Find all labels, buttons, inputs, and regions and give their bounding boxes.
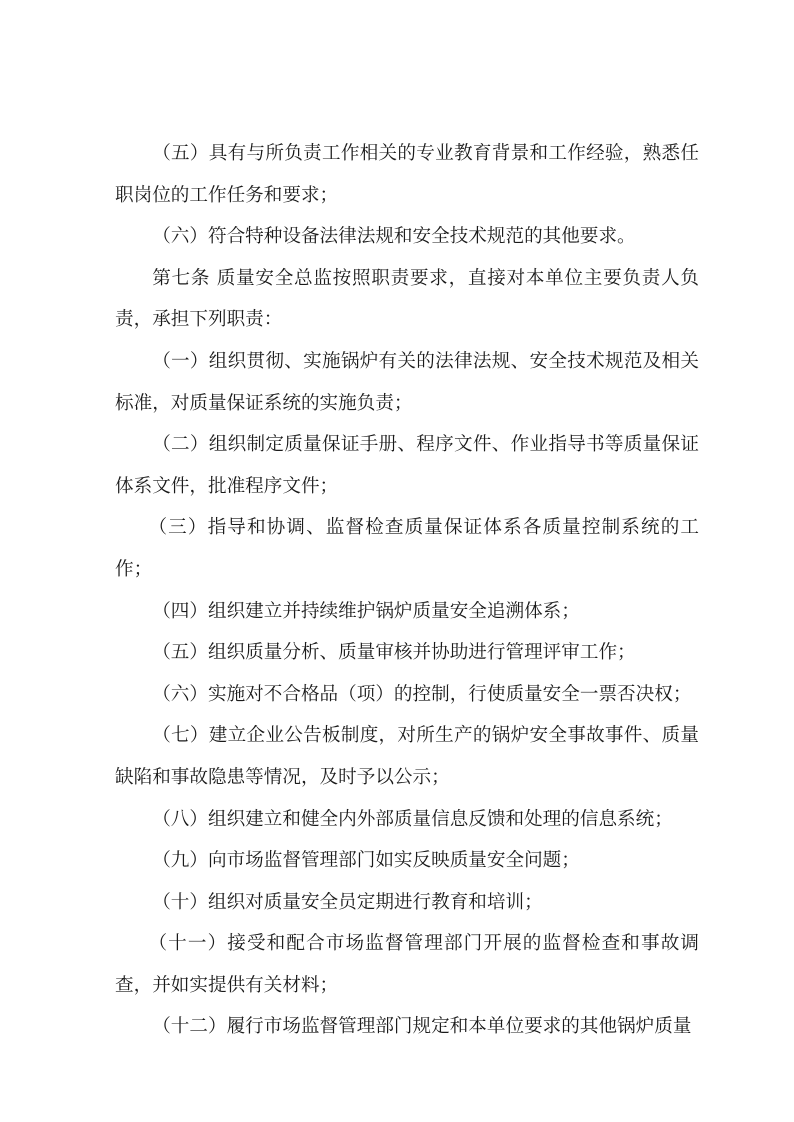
paragraph-duty-2: （二）组织制定质量保证手册、程序文件、作业指导书等质量保证体系文件，批准程序文件…: [115, 424, 699, 507]
paragraph-duty-4: （四）组织建立并持续维护锅炉质量安全追溯体系；: [115, 591, 699, 633]
document-page: （五）具有与所负责工作相关的专业教育背景和工作经验，熟悉任职岗位的工作任务和要求…: [0, 0, 794, 1122]
paragraph-duty-9: （九）向市场监督管理部门如实反映质量安全问题；: [115, 840, 699, 882]
paragraph-duty-5: （五）组织质量分析、质量审核并协助进行管理评审工作；: [115, 632, 699, 674]
paragraph-duty-10: （十）组织对质量安全员定期进行教育和培训；: [115, 882, 699, 924]
paragraph-duty-12: （十二）履行市场监督管理部门规定和本单位要求的其他锅炉质量: [115, 1006, 699, 1048]
paragraph-article-7: 第七条 质量安全总监按照职责要求，直接对本单位主要负责人负责，承担下列职责：: [115, 258, 699, 341]
paragraph-duty-6: （六）实施对不合格品（项）的控制，行使质量安全一票否决权；: [115, 674, 699, 716]
document-body: （五）具有与所负责工作相关的专业教育背景和工作经验，熟悉任职岗位的工作任务和要求…: [115, 133, 699, 1048]
paragraph-duty-7: （七）建立企业公告板制度，对所生产的锅炉安全事故事件、质量缺陷和事故隐患等情况，…: [115, 715, 699, 798]
paragraph-duty-1: （一）组织贯彻、实施锅炉有关的法律法规、安全技术规范及相关标准，对质量保证系统的…: [115, 341, 699, 424]
paragraph-duty-3: （三）指导和协调、监督检查质量保证体系各质量控制系统的工作；: [115, 507, 699, 590]
paragraph-qualification-5: （五）具有与所负责工作相关的专业教育背景和工作经验，熟悉任职岗位的工作任务和要求…: [115, 133, 699, 216]
paragraph-qualification-6: （六）符合特种设备法律法规和安全技术规范的其他要求。: [115, 216, 699, 258]
paragraph-duty-11: （十一）接受和配合市场监督管理部门开展的监督检查和事故调查，并如实提供有关材料；: [115, 923, 699, 1006]
paragraph-duty-8: （八）组织建立和健全内外部质量信息反馈和处理的信息系统；: [115, 799, 699, 841]
